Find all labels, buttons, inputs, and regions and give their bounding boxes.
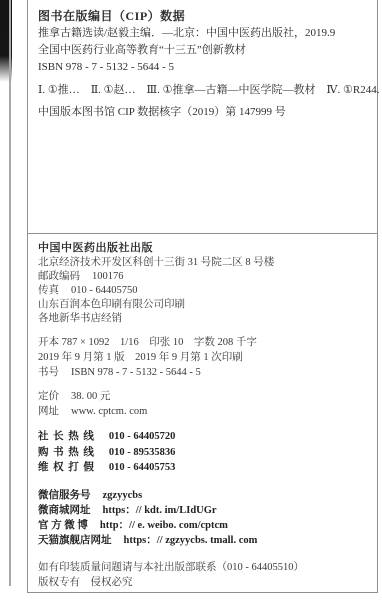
hotline-label: 购 书 热 线 [38, 445, 95, 461]
wechat-service-row: 微信服务号 zgzyycbs [38, 488, 367, 503]
cip-record-number-line: 中国版本图书馆 CIP 数据核字（2019）第 147999 号 [38, 104, 367, 121]
fax-value: 010 - 64405750 [71, 284, 138, 298]
hotline-label: 维 权 打 假 [38, 460, 95, 476]
quality-notice: 如有印装质量问题请与本社出版部联系（010 - 64405510） [38, 560, 367, 575]
tmall-store-value: https：// zgzyycbs. tmall. com [124, 533, 258, 548]
format-line: 开本 787 × 1092 1/16 印张 10 字数 208 千字 [38, 335, 367, 350]
website-label: 网址 [38, 404, 59, 419]
publisher-address: 北京经济技术开发区科创十三街 31 号院二区 8 号楼 [38, 256, 367, 270]
footer-notices-group: 如有印装质量问题请与本社出版部联系（010 - 64405510） 版权专有 侵… [38, 560, 367, 590]
edition-line: 2019 年 9 月第 1 版 2019 年 9 月第 1 次印刷 [38, 350, 367, 365]
hotline-value: 010 - 64405753 [109, 460, 176, 476]
publisher-name: 中国中医药出版社出版 [38, 241, 367, 256]
cip-title: 图书在版编目（CIP）数据 [38, 8, 367, 25]
hotlines-group: 社 长 热 线 010 - 64405720 购 书 热 线 010 - 895… [38, 429, 367, 476]
cip-series-line: 全国中医药行业高等教育“十三五”创新教材 [38, 42, 367, 59]
weibo-value: http：// e. weibo. com/cptcm [100, 518, 228, 533]
cip-isbn-line: ISBN 978 - 7 - 5132 - 5644 - 5 [38, 59, 367, 76]
microstore-url-label: 微商城网址 [38, 503, 91, 518]
wechat-service-label: 微信服务号 [38, 488, 91, 503]
price-website-group: 定价 38. 00 元 网址 www. cptcm. com [38, 389, 367, 419]
price-label: 定价 [38, 389, 59, 404]
page-frame: 图书在版编目（CIP）数据 推拿古籍选读/赵毅主编．—北京：中国中医药出版社，2… [27, 0, 378, 593]
hotline-value: 010 - 64405720 [109, 429, 176, 445]
fax-row: 传真 010 - 64405750 [38, 284, 367, 298]
weibo-row: 官 方 微 博 http：// e. weibo. com/cptcm [38, 518, 367, 533]
cip-bibliographic-line: 推拿古籍选读/赵毅主编．—北京：中国中医药出版社，2019.9 [38, 25, 367, 42]
hotline-row-president: 社 长 热 线 010 - 64405720 [38, 429, 367, 445]
website-value: www. cptcm. com [71, 404, 147, 419]
publication-section: 中国中医药出版社出版 北京经济技术开发区科创十三街 31 号院二区 8 号楼 邮… [28, 234, 377, 590]
postcode-row: 邮政编码 100176 [38, 270, 367, 284]
hotline-value: 010 - 89535836 [109, 445, 176, 461]
tmall-store-label: 天猫旗舰店网址 [38, 533, 112, 548]
cip-section: 图书在版编目（CIP）数据 推拿古籍选读/赵毅主编．—北京：中国中医药出版社，2… [28, 0, 377, 234]
printing-specs-group: 开本 787 × 1092 1/16 印张 10 字数 208 千字 2019 … [38, 335, 367, 380]
book-number-label: 书号 [38, 365, 59, 380]
tmall-store-row: 天猫旗舰店网址 https：// zgzyycbs. tmall. com [38, 533, 367, 548]
copyright-page: 图书在版编目（CIP）数据 推拿古籍选读/赵毅主编．—北京：中国中医药出版社，2… [0, 0, 382, 600]
microstore-url-row: 微商城网址 https：// kdt. im/LIdUGr [38, 503, 367, 518]
price-row: 定价 38. 00 元 [38, 389, 367, 404]
book-number-row: 书号 ISBN 978 - 7 - 5132 - 5644 - 5 [38, 365, 367, 380]
cip-classification-line: Ⅰ. ①推… Ⅱ. ①赵… Ⅲ. ①推拿—古籍—中医学院—教材 Ⅳ. ①R244… [38, 82, 367, 99]
weibo-label: 官 方 微 博 [38, 518, 88, 533]
postcode-label: 邮政编码 [38, 270, 80, 284]
website-row: 网址 www. cptcm. com [38, 404, 367, 419]
price-value: 38. 00 元 [71, 389, 110, 404]
hotline-row-purchase: 购 书 热 线 010 - 89535836 [38, 445, 367, 461]
scan-edge-line [9, 0, 11, 586]
book-number-value: ISBN 978 - 7 - 5132 - 5644 - 5 [71, 365, 201, 380]
online-channels-group: 微信服务号 zgzyycbs 微商城网址 https：// kdt. im/LI… [38, 488, 367, 548]
fax-label: 传真 [38, 284, 59, 298]
postcode-value: 100176 [92, 270, 124, 284]
distributor-line: 各地新华书店经销 [38, 312, 367, 326]
copyright-notice: 版权专有 侵权必究 [38, 575, 367, 590]
wechat-service-value: zgzyycbs [103, 488, 143, 503]
printer-line: 山东百润本色印刷有限公司印刷 [38, 298, 367, 312]
hotline-label: 社 长 热 线 [38, 429, 95, 445]
microstore-url-value: https：// kdt. im/LIdUGr [103, 503, 217, 518]
hotline-row-anticounterfeit: 维 权 打 假 010 - 64405753 [38, 460, 367, 476]
